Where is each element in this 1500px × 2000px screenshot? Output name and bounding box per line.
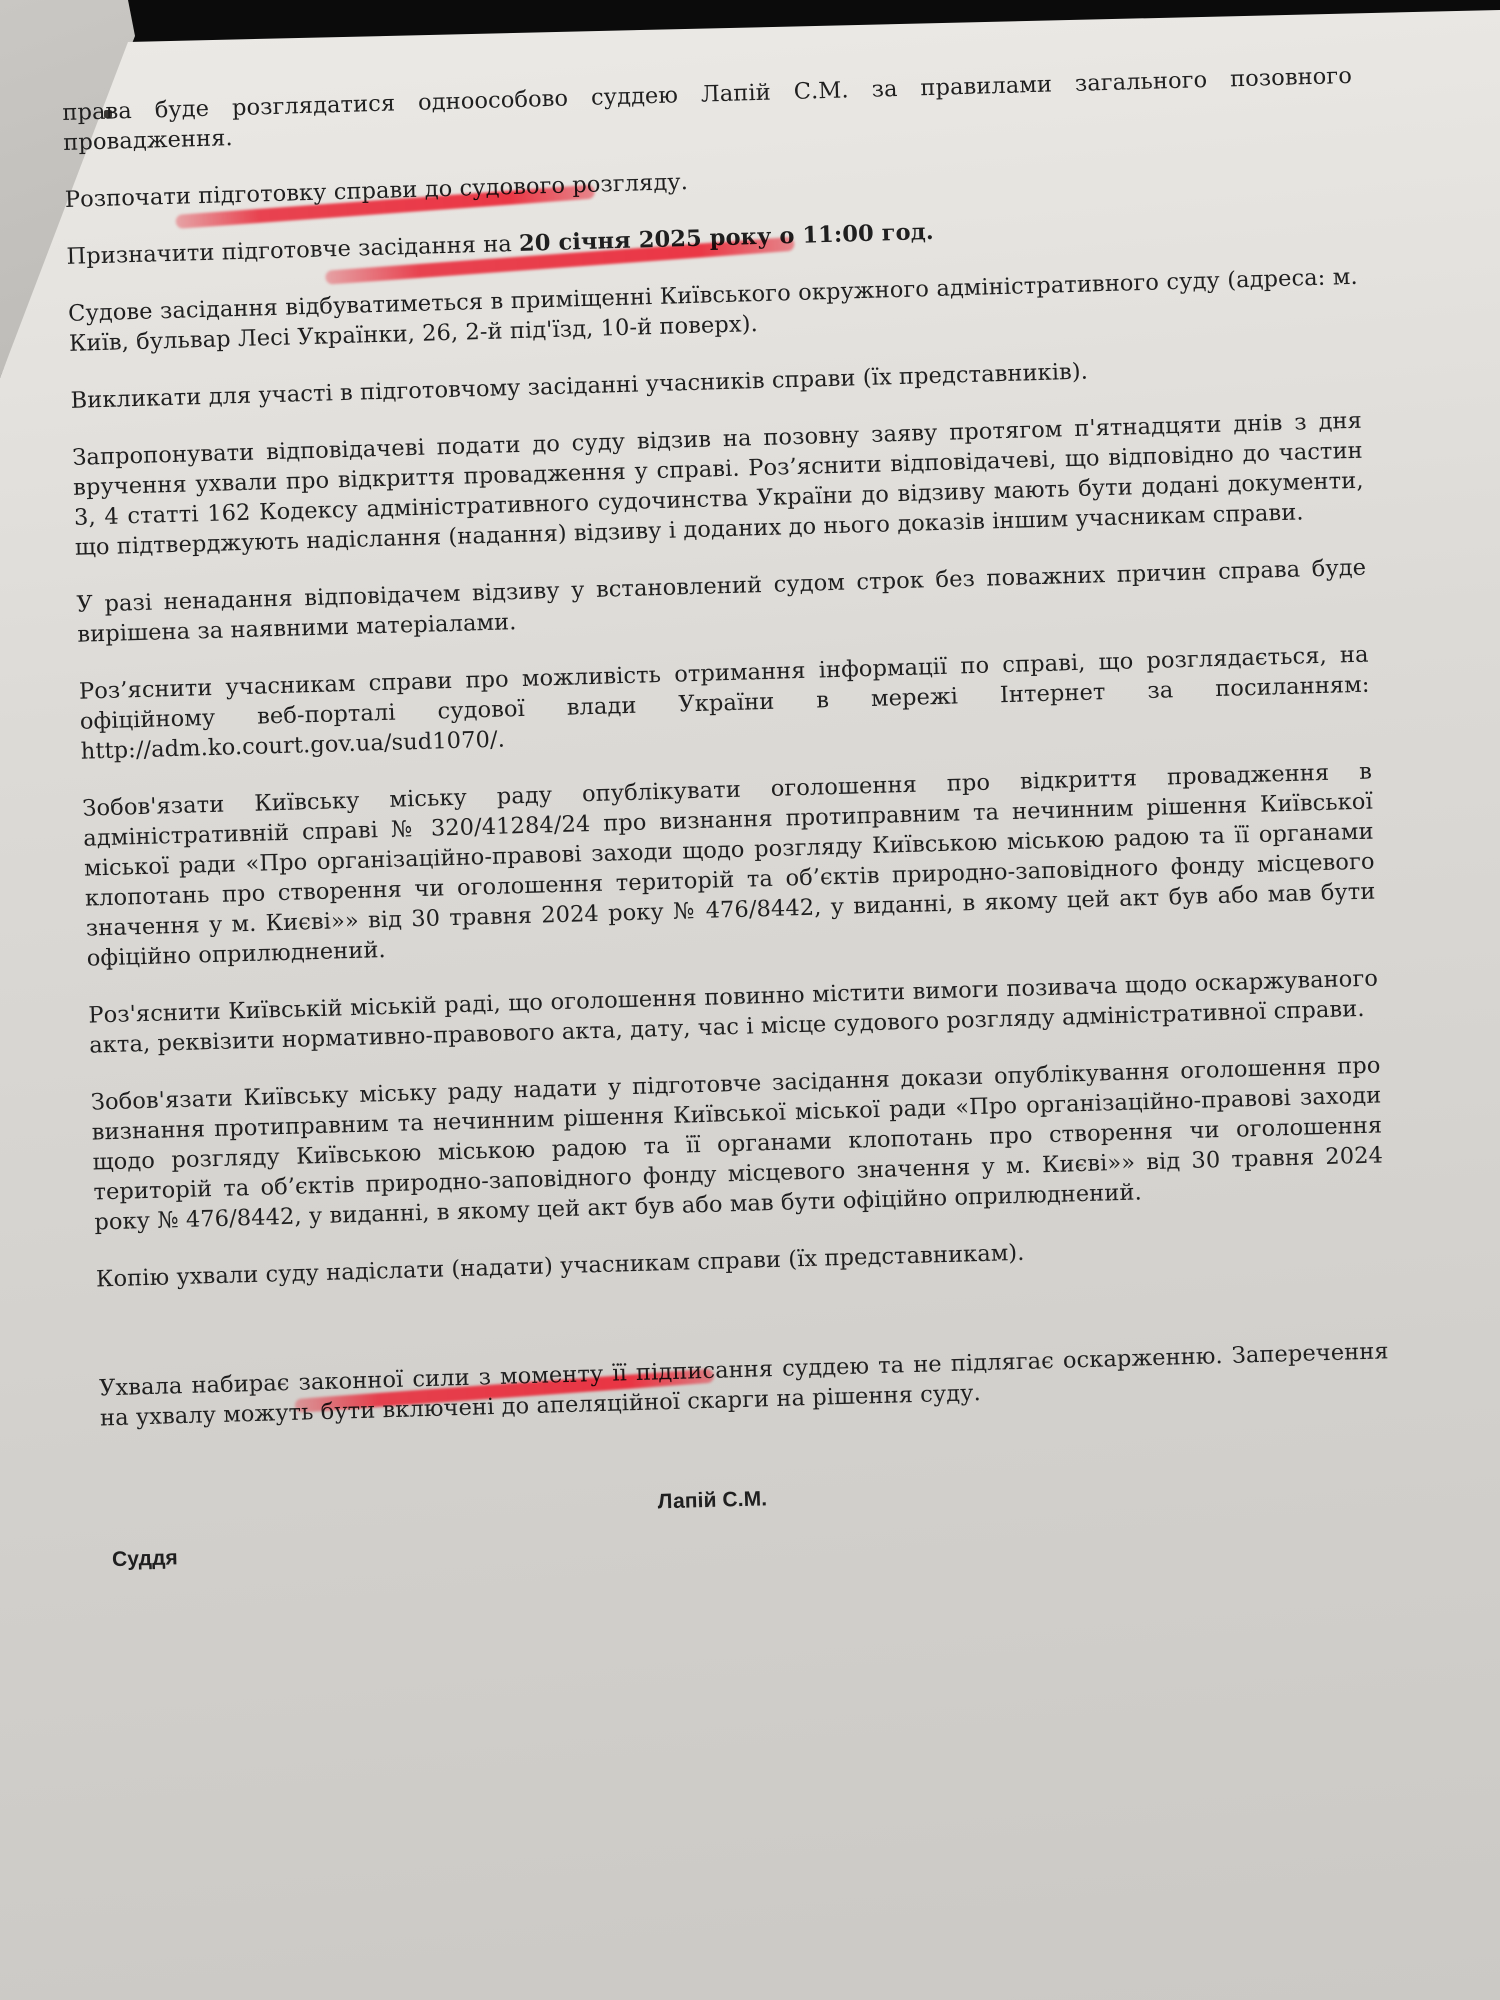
signature-role: Суддя: [112, 1543, 179, 1575]
highlighted-text: Розпочати підготовку справи до судового …: [65, 169, 689, 213]
paragraph-send-copy: Копію ухвали суду надіслати (надати) уча…: [96, 1227, 1386, 1294]
paragraph-hearing-date: Призначити підготовче засідання на 20 сі…: [66, 205, 1356, 272]
photo-stage: права буде розглядатися одноособово судд…: [0, 0, 1500, 2000]
document-body: права буде розглядатися одноособово судд…: [62, 61, 1395, 1614]
paragraph-provide-evidence: Зобов'язати Київську міську раду надати …: [91, 1050, 1385, 1237]
highlighted-text: Призначити підготовче засідання на 20 сі…: [66, 219, 934, 270]
hearing-prefix: Призначити підготовче засідання на: [66, 231, 519, 270]
start-preparation-text: Розпочати підготовку справи до судового …: [65, 169, 689, 213]
paragraph-response-deadline: Запропонувати відповідачеві подати до су…: [72, 406, 1365, 563]
paragraph-hearing-location: Судове засідання відбуватиметься в примі…: [68, 262, 1359, 359]
hearing-datetime: 20 січня 2025 року о 11:00 год.: [519, 219, 934, 257]
paragraph-no-response-consequence: У разі ненадання відповідачем відзиву у …: [76, 553, 1367, 650]
paragraph-announcement-requirements: Роз'яснити Київській міській раді, що ог…: [88, 963, 1379, 1060]
signature-name: Лапій С.М.: [657, 1484, 767, 1517]
paragraph-info-portal: Роз’яснити учасникам справи про можливіс…: [79, 640, 1371, 767]
paragraph-summon-participants: Викликати для участі в підготовчому засі…: [70, 349, 1360, 416]
paragraph-start-preparation: Розпочати підготовку справи до судового …: [65, 148, 1355, 215]
paragraph-publish-announcement: Зобов'язати Київську міську раду опублік…: [82, 757, 1377, 974]
info-portal-text: Роз’яснити учасникам справи про можливіс…: [79, 642, 1370, 735]
